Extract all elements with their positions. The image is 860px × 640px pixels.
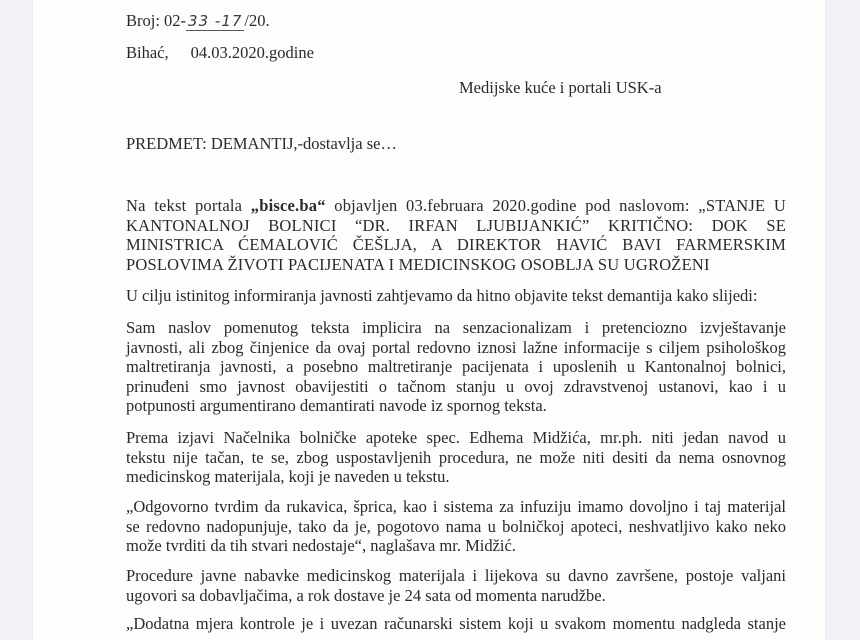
place: Bihać,: [126, 43, 169, 62]
request-text: U cilju istinitog informiranja javnosti …: [126, 286, 757, 306]
reference-number: Broj: 02-33 -17/20.: [126, 11, 270, 31]
paragraph-line: maltretiranja javnosti, a posebno maltre…: [126, 357, 786, 377]
paragraph-line: javnosti, ali zbog činjenice da ovaj por…: [126, 338, 786, 358]
paragraph-5: „Dodatna mjera kontrole je i uvezan raču…: [126, 614, 786, 634]
paragraph-line: medicinskog materijala, koji je naveden …: [126, 467, 786, 487]
paragraph-line: tekstu nije tačan, te se, zbog uspostavl…: [126, 448, 786, 468]
paragraph-1: Sam naslov pomenutog teksta implicira na…: [126, 318, 786, 416]
handwritten-number: 33 -17: [186, 12, 244, 31]
paragraph-line: ugovori sa dobavljačima, a rok dostave j…: [126, 586, 786, 606]
place-date: Bihać,04.03.2020.godine: [126, 43, 314, 63]
intro-line: Na tekst portala „bisce.ba“ objavljen 03…: [126, 196, 786, 216]
paragraph-line: može tvrditi da tih stvari nedostaje“, n…: [126, 536, 786, 556]
document-page: Broj: 02-33 -17/20. Bihać,04.03.2020.god…: [33, 0, 825, 640]
intro-line: POSLOVIMA ŽIVOTI PACIJENATA I MEDICINSKO…: [126, 255, 786, 275]
recipient: Medijske kuće i portali USK-a: [459, 78, 662, 98]
reference-suffix: /20.: [244, 11, 269, 30]
subject: PREDMET: DEMANTIJ,-dostavlja se…: [126, 134, 397, 154]
paragraph-line: se redovno nadopunjuje, tako da je, pogo…: [126, 517, 786, 537]
intro-paragraph: Na tekst portala „bisce.ba“ objavljen 03…: [126, 196, 786, 274]
date: 04.03.2020.godine: [191, 43, 314, 62]
paragraph-line: „Dodatna mjera kontrole je i uvezan raču…: [126, 614, 786, 634]
paragraph-line: Sam naslov pomenutog teksta implicira na…: [126, 318, 786, 338]
paragraph-line: „Odgovorno tvrdim da rukavica, šprica, k…: [126, 497, 786, 517]
portal-name: „bisce.ba“: [251, 196, 326, 215]
reference-label: Broj: 02-: [126, 11, 186, 30]
intro-line: MINISTRICA ĆEMALOVIĆ ČEŠLJA, A DIREKTOR …: [126, 235, 786, 255]
intro-line: KANTONALNOJ BOLNICI “DR. IRFAN LJUBIJANK…: [126, 216, 786, 236]
paragraph-line: Prema izjavi Načelnika bolničke apoteke …: [126, 428, 786, 448]
paragraph-2: Prema izjavi Načelnika bolničke apoteke …: [126, 428, 786, 487]
paragraph-line: potpunosti argumentirano demantirati nav…: [126, 396, 786, 416]
paragraph-4: Procedure javne nabavke medicinskog mate…: [126, 566, 786, 605]
paragraph-line: Procedure javne nabavke medicinskog mate…: [126, 566, 786, 586]
paragraph-line: prinuđeni smo javnost obavijestiti o tač…: [126, 377, 786, 397]
paragraph-3: „Odgovorno tvrdim da rukavica, šprica, k…: [126, 497, 786, 556]
